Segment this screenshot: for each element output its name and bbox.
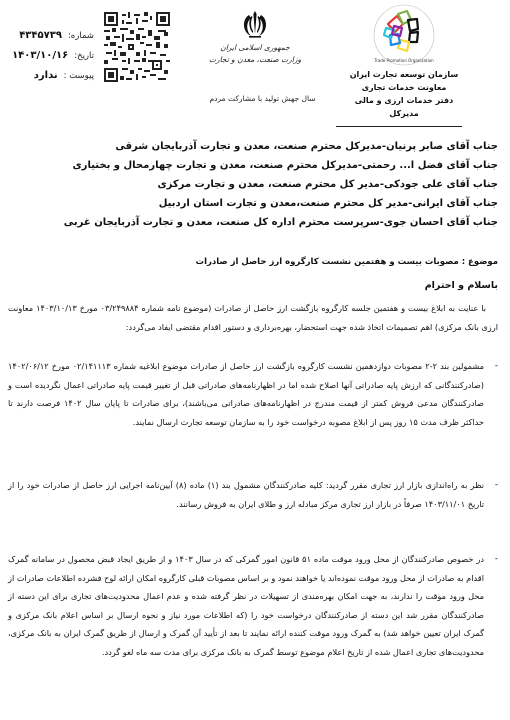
org-director-general: مدیرکل <box>348 107 460 120</box>
emblem-line-2: وزارت صنعت، معدن و تجارت <box>200 54 310 66</box>
header-divider <box>336 126 462 127</box>
emblem-line-1: جمهوری اسلامی ایران <box>200 42 310 54</box>
letter-subject: موضوع : مصوبات بیست و هفتمین نشست کارگرو… <box>196 257 498 267</box>
recipient-line: جناب آقای صابر پرنیان-مدیرکل محترم صنعت،… <box>8 137 498 156</box>
iran-emblem-icon <box>238 8 272 42</box>
letter-page: شماره: ۴۳۴۵۷۳۹ تاریخ: ۱۴۰۳/۱۰/۱۶ پیوست :… <box>0 0 510 720</box>
letter-greeting: باسلام و احترام <box>425 280 498 291</box>
recipient-line: جناب آقای فضل ا... رحمتی-مدیرکل محترم صن… <box>8 156 498 175</box>
decision-item-1: - مشمولین بند ۲-۲ مصوبات دوازدهمین نشست … <box>8 357 498 431</box>
organization-block: Trade Promotion Organization سازمان توسع… <box>348 0 460 120</box>
year-slogan: سال جهش تولید با مشارکت مردم <box>205 94 320 103</box>
letter-date-value: ۱۴۰۳/۱۰/۱۶ <box>12 50 68 61</box>
letter-number-row: شماره: ۴۳۴۵۷۳۹ <box>14 30 94 50</box>
decision-item-text: در خصوص صادرکنندگان از محل ورود موقت ماد… <box>8 554 484 657</box>
letter-number-label: شماره: <box>68 31 94 41</box>
letter-date-row: تاریخ: ۱۴۰۳/۱۰/۱۶ <box>14 50 94 70</box>
recipients-list: جناب آقای صابر پرنیان-مدیرکل محترم صنعت،… <box>8 137 498 232</box>
letter-meta: شماره: ۴۳۴۵۷۳۹ تاریخ: ۱۴۰۳/۱۰/۱۶ پیوست :… <box>14 30 94 90</box>
org-name: سازمان توسعه تجارت ایران <box>348 68 460 81</box>
bullet-dash: - <box>495 550 498 569</box>
government-emblem-block: جمهوری اسلامی ایران وزارت صنعت، معدن و ت… <box>200 8 310 66</box>
decision-item-text: نظر به راه‌اندازی بازار ارز تجاری مقرر گ… <box>8 480 484 509</box>
org-deputy: معاونت خدمات تجاری <box>348 81 460 94</box>
decision-item-text: مشمولین بند ۲-۲ مصوبات دوازدهمین نشست کا… <box>8 361 484 427</box>
letter-date-label: تاریخ: <box>74 51 94 61</box>
org-office: دفتر خدمات ارزی و مالی <box>348 94 460 107</box>
recipient-line: جناب آقای احسان جوی-سرپرست محترم اداره ک… <box>8 213 498 232</box>
bullet-dash: - <box>495 476 498 495</box>
intro-paragraph: با عنایت به ابلاغ بیست و هفتمین جلسه کار… <box>8 299 498 336</box>
letter-attachment-value: ندارد <box>34 70 58 81</box>
recipient-line: جناب آقای ایرانی-مدیر کل محترم صنعت،معدن… <box>8 194 498 213</box>
trade-promotion-organization-logo-icon: Trade Promotion Organization <box>370 2 438 68</box>
letter-attachment-label: پیوست : <box>64 71 94 81</box>
bullet-dash: - <box>495 357 498 376</box>
decision-item-2: - نظر به راه‌اندازی بازار ارز تجاری مقرر… <box>8 476 498 513</box>
letter-attachment-row: پیوست : ندارد <box>14 70 94 90</box>
recipient-line: جناب آقای علی جودکی-مدیر کل محترم صنعت، … <box>8 175 498 194</box>
svg-text:Trade Promotion Organization: Trade Promotion Organization <box>373 58 434 63</box>
decision-item-3: - در خصوص صادرکنندگان از محل ورود موقت م… <box>8 550 498 661</box>
qr-code-icon <box>104 12 170 82</box>
letter-number-value: ۴۳۴۵۷۳۹ <box>19 30 62 41</box>
